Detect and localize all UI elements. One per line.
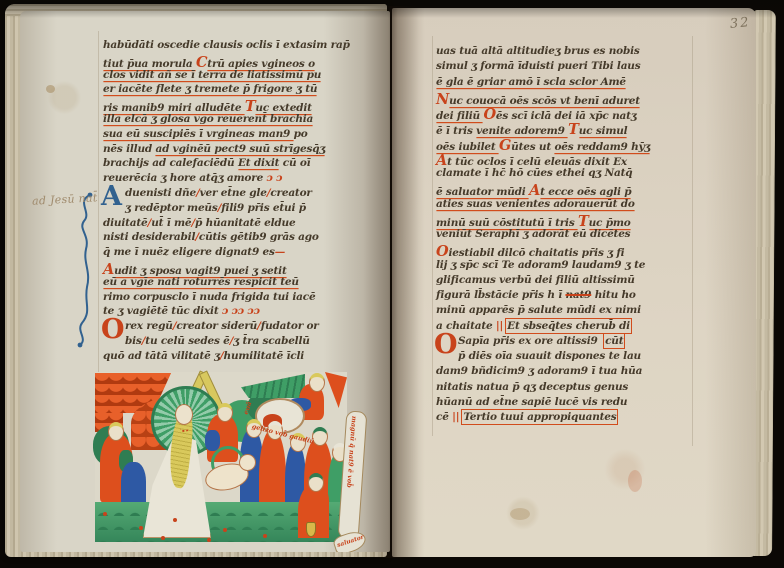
text-line: reuerēcia ʒ hore atq̄ʒ amore ɔ ɔ bbox=[103, 171, 365, 186]
text-segment: eū a vgīe nati roturrēs respicit teū bbox=[103, 276, 299, 288]
nativity-miniature: euā gelizo vob̄ gaudiū bbox=[95, 372, 347, 542]
text-segment: Natq̄ bbox=[605, 167, 633, 179]
text-segment: sua eū suscipiēs ī vrgineas man9 bbox=[103, 128, 294, 140]
kneeling-shepherd-head bbox=[308, 473, 324, 492]
text-segment: || bbox=[452, 411, 459, 423]
text-line: hūanū ad et̄ne sapiē lucē vis redu bbox=[436, 395, 704, 410]
text-segment: minū apparēs p̄ salute mūdi ex nimi bbox=[436, 304, 641, 316]
banderole-text-vertical: magnū q̄ nat9 ē vob̄ bbox=[345, 416, 358, 488]
text-segment: ɔ ɔɔ ɔɔ bbox=[222, 305, 260, 317]
text-line: aties suas venientes adorauerūt do bbox=[436, 197, 704, 212]
text-line: ʒ redēptor meūs/fili9 pr̄is et̄ui p̄ bbox=[103, 201, 365, 216]
text-line: Audit ʒ sposa vagit9 puei ʒ setit bbox=[103, 260, 365, 275]
text-segment: cū oī bbox=[279, 157, 310, 169]
ruling-line bbox=[432, 36, 433, 436]
text-segment: cē bbox=[436, 411, 452, 423]
right-page: 32 uas tuā altā altitudieʒ brus es nobis… bbox=[392, 8, 756, 557]
text-segment: nisti desiderabil bbox=[103, 231, 195, 243]
text-line: illa elcā ʒ glosa vgo reuerent̄ brachia bbox=[103, 112, 365, 127]
text-segment: ut̄ ī mē bbox=[151, 217, 191, 229]
text-segment: duenisti dñe bbox=[125, 187, 196, 199]
text-line: lij ʒ sp̄c scī Te adoram9 laudam9 ʒ te bbox=[436, 258, 704, 273]
text-segment: ʒ t̄ra scabellū bbox=[233, 335, 309, 347]
text-segment: illa elcā ʒ glosa vgo reuerent̄ brachia bbox=[103, 113, 313, 125]
text-segment: humilitatē īcli bbox=[224, 350, 305, 362]
text-segment: lij ʒ sp̄c scī Te adoram9 laudam9 ʒ te bbox=[436, 259, 645, 271]
text-line: dei filiū Oēs scī iclā dei iā xp̄c natʒ bbox=[436, 105, 704, 120]
text-segment: ʒ redēptor meūs bbox=[125, 202, 218, 214]
text-segment: nat9 bbox=[565, 289, 591, 301]
text-line: diuitatē/ut̄ ī mē/p̄ hūanitatē eldue bbox=[103, 216, 365, 231]
text-segment: po bbox=[294, 128, 308, 140]
text-segment: er iacēte flete ʒ tremete p̄ frigore ʒ t… bbox=[103, 83, 317, 95]
text-line: bis/tu celū sedes ē/ʒ t̄ra scabellū bbox=[103, 334, 365, 349]
text-segment: Sapīa pr̄is ex ore altissi9 bbox=[458, 335, 601, 347]
text-line: cē ||Tertio tuui appropiquantes bbox=[436, 410, 704, 425]
text-segment: aties suas venientes adorauerūt do bbox=[436, 198, 635, 210]
text-segment: nitatis natua p̄ qʒ deceptus genus bbox=[436, 381, 628, 393]
text-segment: — bbox=[275, 246, 285, 258]
text-line: ris manib9 miri alludēte Tuc extedit bbox=[103, 97, 365, 112]
angel-wing bbox=[241, 374, 305, 398]
text-line: uas tuā altā altitudieʒ brus es nobis bbox=[436, 44, 704, 59]
text-segment: Et dixit bbox=[238, 157, 279, 169]
text-segment: hitu ho bbox=[591, 289, 635, 301]
text-line: ē gla ē griar amō ī scla sclor Amē bbox=[436, 75, 704, 90]
text-line: brachijs ad calefaciēdū Et dixit cū oī bbox=[103, 156, 365, 171]
text-segment: diuitatē bbox=[103, 217, 148, 229]
text-line: rimo corpusclo ī nuda frigida tui iacē bbox=[103, 290, 365, 305]
stain bbox=[46, 85, 55, 93]
coral-necklace bbox=[180, 425, 189, 432]
stain bbox=[510, 508, 530, 520]
text-segment: brachijs ad calefaciēdū bbox=[103, 157, 238, 169]
text-line: nisti desiderabil/cūtis gētib9 grās ago bbox=[103, 230, 365, 245]
text-line: minū apparēs p̄ salute mūdi ex nimi bbox=[436, 303, 704, 318]
text-segment: ɔ ɔ bbox=[267, 172, 283, 184]
stain bbox=[628, 470, 642, 492]
text-segment: tu celū sedes ē bbox=[145, 335, 229, 347]
text-line: ē saluator mūdi At ecce oēs agli p̄ bbox=[436, 181, 704, 196]
banderole-text-tail: saluator bbox=[336, 534, 365, 549]
text-segment: rex regū bbox=[125, 320, 173, 332]
text-segment: p̄ diēs oīa suauit dispones te lau bbox=[458, 350, 641, 362]
text-segment: figurā lb̄stācie pr̄is h ī bbox=[436, 289, 565, 301]
text-segment: fudator or bbox=[261, 320, 319, 332]
text-line: simul ʒ formā īduisti pueri Tibi laus bbox=[436, 59, 704, 74]
text-line: At tūc oclos ī celū eleuās dixit Ex bbox=[436, 151, 704, 166]
text-line: oēs iubilet Gūtes ut oēs reddam9 hȳʒ bbox=[436, 136, 704, 151]
manuscript-photo: habūdāti oscedie clausis oclis ī extasim… bbox=[0, 0, 784, 568]
text-line: Orex regū/creator siderū/fudator or bbox=[103, 319, 365, 334]
text-segment: hūanū ad et̄ne sapiē lucē vis redu bbox=[436, 396, 627, 408]
text-line: te ʒ vagiētē tūc dixit ɔ ɔɔ ɔɔ bbox=[103, 304, 365, 319]
text-line: a chaitate ||Et sbseq̄tes cherub̄ di bbox=[436, 319, 704, 334]
text-segment: creator bbox=[270, 187, 311, 199]
text-segment: veniūt Seraphī ʒ adorāt eū dicētes bbox=[436, 228, 630, 240]
chalice bbox=[306, 522, 316, 537]
text-segment: creator siderū bbox=[176, 320, 257, 332]
text-segment: Et sbseq̄tes cherub̄ di bbox=[507, 320, 630, 332]
text-line: Oiestiabil dilcō chaitatis pr̄is ʒ fi bbox=[436, 242, 704, 257]
text-line: er iacēte flete ʒ tremete p̄ frigore ʒ t… bbox=[103, 82, 365, 97]
text-line: figurā lb̄stācie pr̄is h ī nat9 hitu ho bbox=[436, 288, 704, 303]
text-segment: uas tuā altā altitudieʒ brus es nobis bbox=[436, 45, 640, 57]
text-line: eū a vgīe nati roturrēs respicit teū bbox=[103, 275, 365, 290]
text-segment: rimo corpusclo ī nuda frigida tui iacē bbox=[103, 291, 315, 303]
flowers bbox=[103, 512, 107, 516]
text-segment: ad vginēū pect9 suū strīgesq̄ʒ bbox=[155, 143, 325, 155]
text-line: glificamus verbū dei filiū altissimū bbox=[436, 273, 704, 288]
text-segment: cūtis gētib9 grās ago bbox=[199, 231, 319, 243]
text-segment: bis bbox=[125, 335, 142, 347]
text-line: p̄ diēs oīa suauit dispones te lau bbox=[436, 349, 704, 364]
text-line: ē ī tris venite adorem9 Tuc simul bbox=[436, 120, 704, 135]
folio-number: 32 bbox=[729, 15, 751, 32]
midwife-head bbox=[217, 403, 233, 422]
text-segment: || bbox=[496, 320, 503, 332]
penwork-flourish bbox=[66, 191, 96, 353]
text-line: sua eū suscipiēs ī vrgineas man9 po bbox=[103, 127, 365, 142]
text-segment: fili9 pr̄is et̄ui p̄ bbox=[221, 202, 306, 214]
text-line: Nuc couocā oēs scōs vt benī aduret bbox=[436, 90, 704, 105]
text-line: clos vidit añ se ī terra de liatissimū p… bbox=[103, 68, 365, 83]
christ-child-head bbox=[239, 454, 256, 471]
text-line: tiut p̄ua morula Ctrū apies vgineos o bbox=[103, 53, 365, 68]
text-line: habūdāti oscedie clausis oclis ī extasim… bbox=[103, 38, 365, 53]
text-line: nēs illud ad vginēū pect9 suū strīgesq̄ʒ bbox=[103, 142, 365, 157]
text-segment: ē gla ē griar amō ī scla sclor Amē bbox=[436, 76, 626, 88]
kneeling-figure-head bbox=[108, 422, 124, 441]
text-segment: clamate ī hc̄ hō cūes ethei qʒ bbox=[436, 167, 605, 179]
text-line: quō ad tātā vilitatē ʒ/humilitatē īcli bbox=[103, 349, 365, 364]
text-line: OSapīa pr̄is ex ore altissi9 cūt bbox=[436, 334, 704, 349]
text-segment: simul ʒ formā īduisti pueri Tibi laus bbox=[436, 60, 640, 72]
text-segment: ver et̄ne gle bbox=[200, 187, 267, 199]
left-text-block: habūdāti oscedie clausis oclis ī extasim… bbox=[103, 38, 365, 364]
text-segment: dam9 bñdicim9 ʒ adoram9 ī tua hūa bbox=[436, 365, 642, 377]
text-segment: reuerēcia ʒ hore atq̄ʒ amore bbox=[103, 172, 267, 184]
onlooker-head bbox=[312, 427, 328, 446]
text-line: nitatis natua p̄ qʒ deceptus genus bbox=[436, 380, 704, 395]
text-segment: quō ad tātā vilitatē ʒ bbox=[103, 350, 220, 362]
text-segment: glificamus verbū dei filiū altissimū bbox=[436, 274, 635, 286]
text-segment: clos vidit añ se ī terra de liatissimū p… bbox=[103, 69, 321, 81]
text-segment: habūdāti oscedie clausis oclis ī extasim… bbox=[103, 39, 350, 51]
text-line: clamate ī hc̄ hō cūes ethei qʒ Natq̄ bbox=[436, 166, 704, 181]
text-line: veniūt Seraphī ʒ adorāt eū dicētes bbox=[436, 227, 704, 242]
text-line: minū suū cōstitutū ī tris Tuc p̄mo bbox=[436, 212, 704, 227]
text-line: q̄ me ī nuēz eligere dignat9 es— bbox=[103, 245, 365, 260]
text-segment: q̄ me ī nuēz eligere dignat9 es bbox=[103, 246, 275, 258]
text-segment: nēs illud bbox=[103, 143, 155, 155]
text-segment: p̄ hūanitatē eldue bbox=[195, 217, 295, 229]
left-page: habūdāti oscedie clausis oclis ī extasim… bbox=[20, 11, 390, 552]
text-segment: cūt bbox=[605, 335, 623, 347]
right-text-block: uas tuā altā altitudieʒ brus es nobissim… bbox=[436, 44, 704, 425]
text-segment: Tertio tuui appropiquantes bbox=[463, 411, 616, 423]
angel-wing bbox=[325, 372, 347, 408]
angel-head bbox=[309, 373, 325, 392]
mary-face bbox=[175, 404, 193, 425]
text-line: Aduenisti dñe/ver et̄ne gle/creator bbox=[103, 186, 365, 201]
text-line: dam9 bñdicim9 ʒ adoram9 ī tua hūa bbox=[436, 364, 704, 379]
